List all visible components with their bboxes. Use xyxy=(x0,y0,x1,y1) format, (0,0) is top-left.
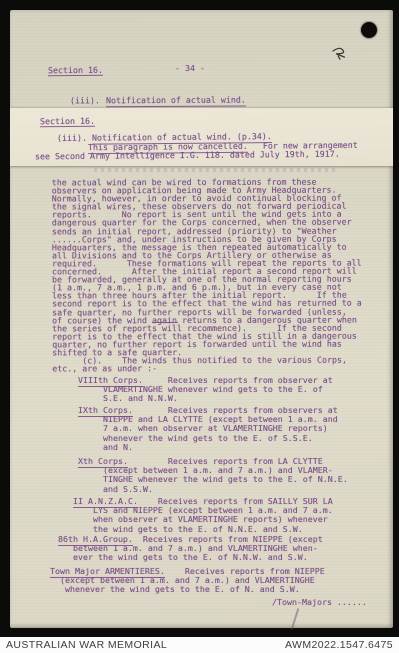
corps-entry-ix: IXth Corps. Receives reports from observ… xyxy=(78,406,338,452)
corps-entry-continuation: between 1 a.m. and 7 a.m.) and VLAMERTIN… xyxy=(58,544,323,562)
obscured-line-fragment xyxy=(94,168,339,172)
cancellation-slip: Section 16. (iii).Notification of actual… xyxy=(10,108,393,166)
screenshot-root: Section 16. - 34 - (iii).Notification of… xyxy=(0,0,399,653)
item-number: (iii). xyxy=(70,95,100,105)
archive-footer: AUSTRALIAN WAR MEMORIAL AWM2022.1547.647… xyxy=(0,637,399,653)
slip-reference-line: see Second Army Intelligence I.G. 118. d… xyxy=(35,150,340,161)
pencil-mark xyxy=(327,40,355,66)
item-title: Notification of actual wind. xyxy=(106,95,246,107)
slip-item-number: (iii). xyxy=(57,133,87,143)
corps-entry-continuation: LYS and NIEPPE (except between 1 a.m. an… xyxy=(73,506,333,534)
corps-entry-continuation: (except between 1 a.m. and 7 a.m.) and V… xyxy=(78,466,348,494)
paragraph-text: the actual wind can be wired to formatio… xyxy=(52,178,362,373)
item-id-label: AWM2022.1547.6475 xyxy=(285,639,393,651)
corps-entry-86th-ha-group: 86th H.A.Group. Receives reports from NI… xyxy=(58,535,323,563)
again-underline xyxy=(152,322,178,323)
corps-entry-x: Xth Corps. Receives reports from LA CLYT… xyxy=(78,457,348,494)
page-number: - 34 - xyxy=(175,64,205,72)
corps-entry-continuation: NIEPPE and LA CLYTTE (except between 1 a… xyxy=(78,415,338,452)
document-page: Section 16. - 34 - (iii).Notification of… xyxy=(10,10,393,628)
item-heading: (iii).Notification of actual wind. xyxy=(70,96,246,105)
signoff-text: /Town-Majors ...... xyxy=(272,598,367,606)
punch-hole xyxy=(361,22,377,38)
slip-section-label: Section 16. xyxy=(40,117,95,127)
pencil-slash-mark xyxy=(291,608,299,629)
institution-label: AUSTRALIAN WAR MEMORIAL xyxy=(6,639,167,651)
corps-entry-continuation: VLAMERTINGHE whenever wind gets to the E… xyxy=(78,385,333,403)
corps-entry-ii-anzac: II A.N.Z.A.C. Receives reports from SAIL… xyxy=(73,497,333,534)
corps-entry-continuation: (except between 1 a.m. and 7 a.m.) and V… xyxy=(50,576,325,594)
section-label: Section 16. xyxy=(48,66,103,76)
corps-entry-viii: VIIIth Corps. Receives reports from obse… xyxy=(78,376,333,404)
photo-frame: Section 16. - 34 - (iii).Notification of… xyxy=(0,0,399,637)
corps-entry-town-major-armentieres: Town Major ARMENTIERES. Receives reports… xyxy=(50,567,325,595)
